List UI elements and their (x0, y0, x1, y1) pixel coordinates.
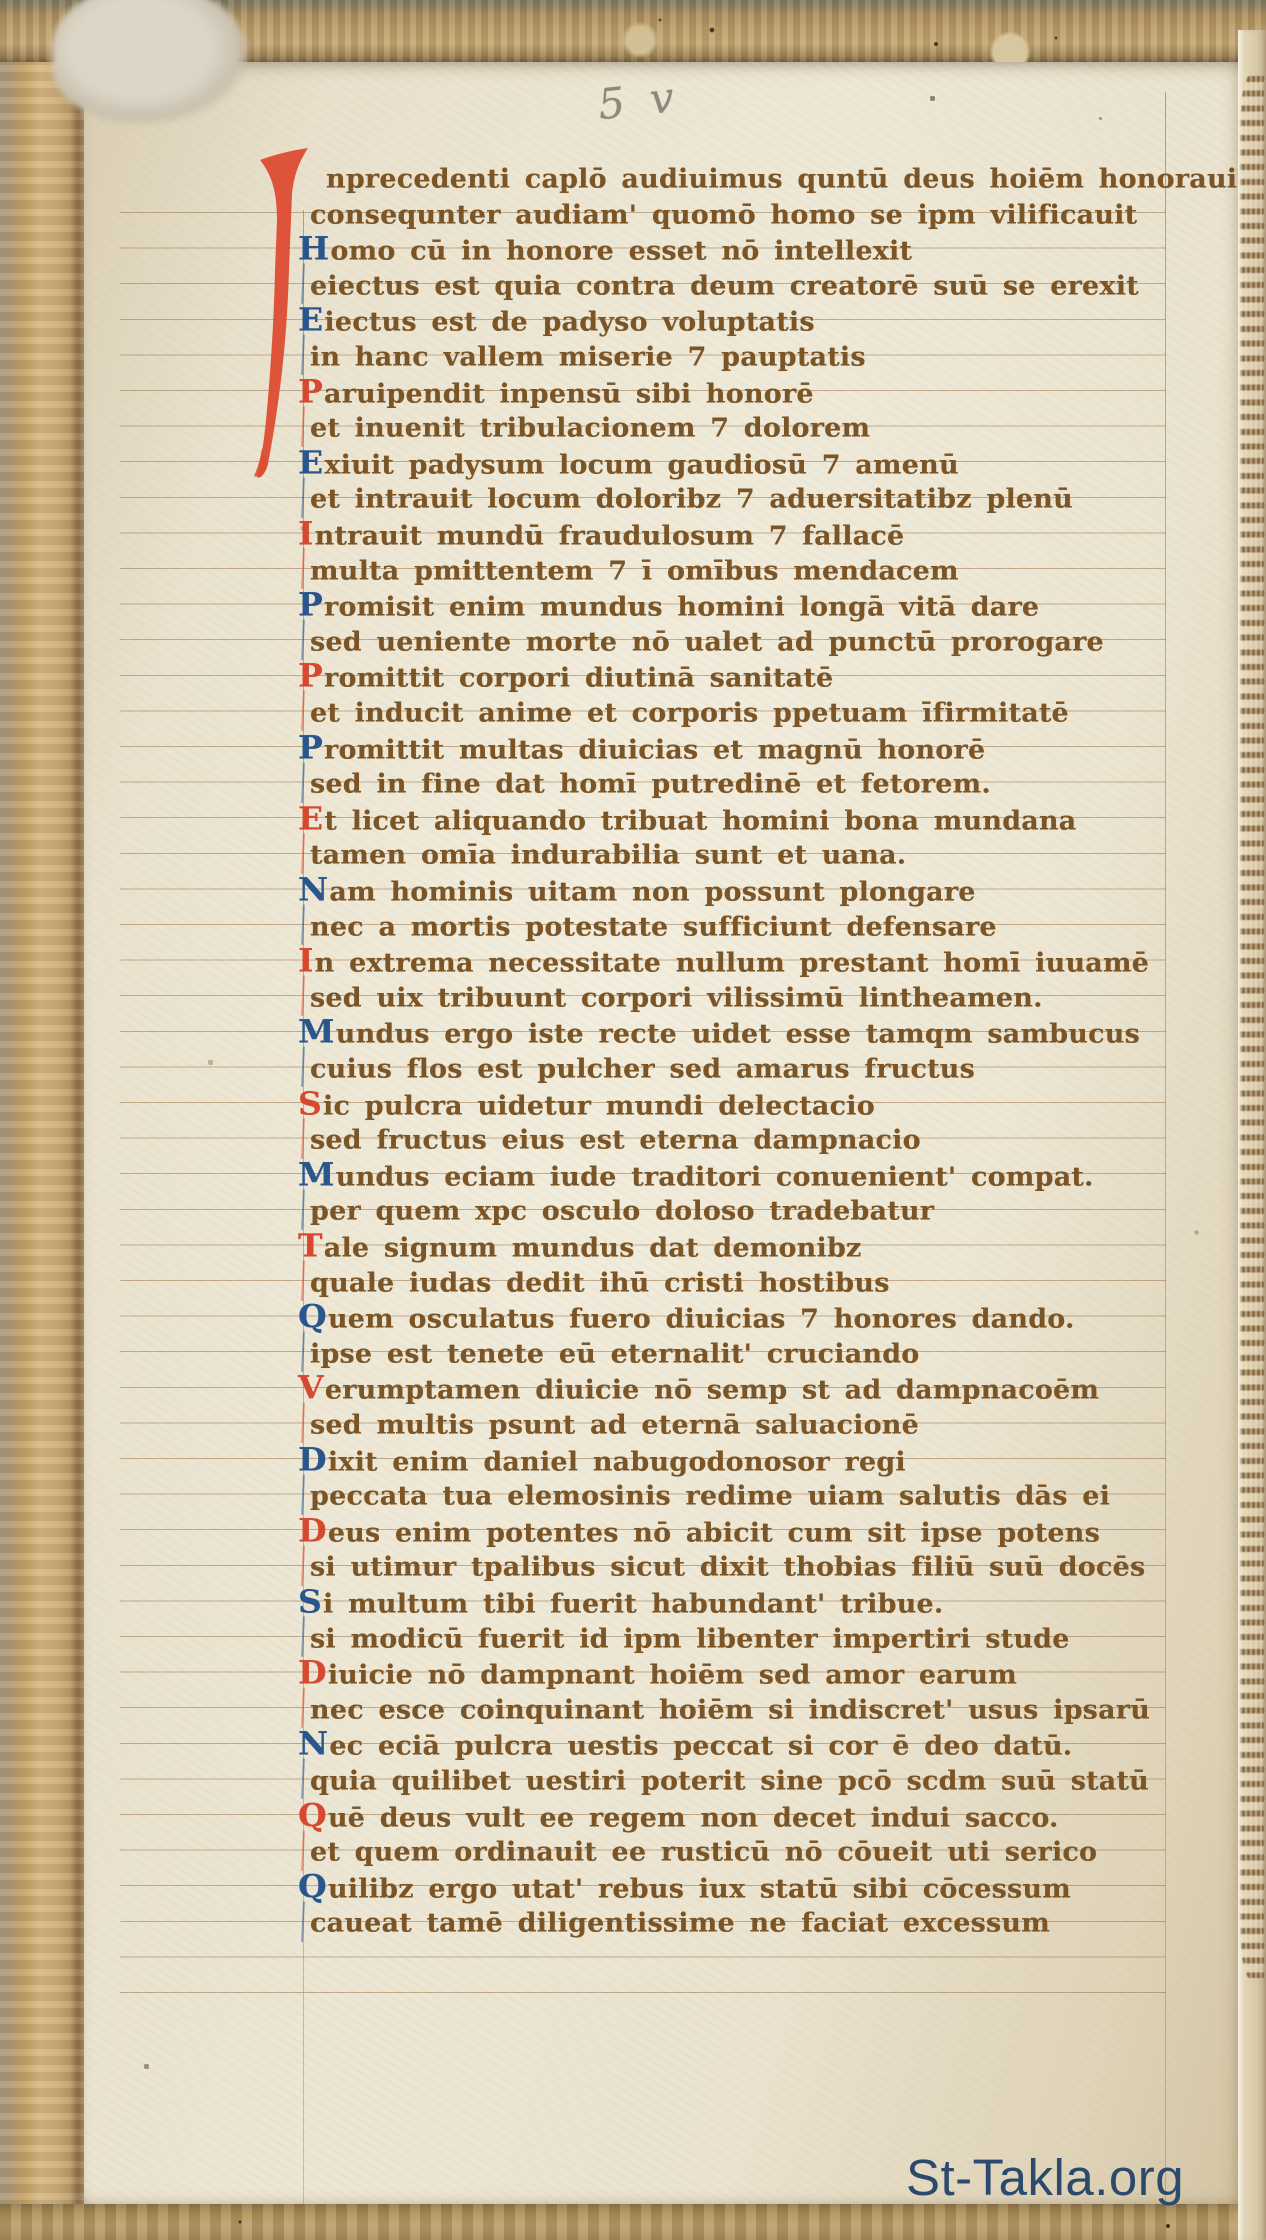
manuscript-line: Deus enim potentes nō abicit cum sit ips… (310, 1517, 1210, 1552)
versal-initial: H (298, 235, 329, 264)
manuscript-line: Nam hominis uitam non possunt plongare (310, 876, 1210, 911)
manuscript-line: et inuenit tribulacionem 7 dolorem (310, 413, 1210, 448)
manuscript-line: eiectus est quia contra deum creatorē su… (310, 271, 1210, 306)
manuscript-line-text: quia quilibet uestiri poterit sine pcō s… (310, 1767, 1149, 1797)
manuscript-line: Homo cū in honore esset nō intellexit (310, 235, 1210, 270)
versal-initial: P (298, 733, 323, 762)
manuscript-line-text: peccata tua elemosinis redime uiam salut… (310, 1482, 1110, 1512)
manuscript-line: Promisit enim mundus homini longā vitā d… (310, 591, 1210, 626)
manuscript-line-text: undus ergo iste recte uidet esse tamqm s… (336, 1020, 1140, 1050)
manuscript-text-block: nprecedenti caplō audiuimus quntū deus h… (82, 60, 1240, 2208)
facing-page-text-edge (1240, 76, 1264, 1978)
manuscript-line-text: cuius flos est pulcher sed amarus fructu… (310, 1055, 975, 1085)
manuscript-line-text: iectus est de padyso voluptatis (324, 308, 814, 338)
manuscript-line: Paruipendit inpensū sibi honorē (310, 377, 1210, 412)
manuscript-line-text: t licet aliquando tribuat homini bona mu… (324, 806, 1076, 836)
manuscript-line-text: ixit enim daniel nabugodonosor regi (328, 1447, 906, 1477)
versal-initial: Q (298, 1303, 327, 1332)
manuscript-line-text: romisit enim mundus homini longā vitā da… (324, 593, 1039, 623)
manuscript-line-text: uem osculatus fuero diuicias 7 honores d… (328, 1305, 1075, 1335)
manuscript-line-text: romittit multas diuicias et magnū honorē (324, 735, 985, 765)
manuscript-line: Et licet aliquando tribuat homini bona m… (310, 805, 1210, 840)
manuscript-line-text: sed uix tribuunt corpori vilissimū linth… (310, 983, 1043, 1013)
versal-initial: E (298, 449, 323, 478)
manuscript-line-text: erumptamen diuicie nō semp st ad dampnac… (325, 1376, 1099, 1406)
manuscript-line: et inducit anime et corporis ppetuam īfi… (310, 698, 1210, 733)
manuscript-line: Tale signum mundus dat demonibz (310, 1232, 1210, 1267)
manuscript-line-text: aruipendit inpensū sibi honorē (324, 379, 814, 409)
manuscript-line-text: tamen omīa indurabilia sunt et uana. (310, 841, 906, 871)
manuscript-line: sed multis psunt ad eternā saluacionē (310, 1410, 1210, 1445)
parchment-page: nprecedenti caplō audiuimus quntū deus h… (82, 60, 1240, 2208)
manuscript-line: in hanc vallem miserie 7 pauptatis (310, 342, 1210, 377)
folio-number: 5 v (596, 72, 682, 129)
manuscript-line: consequnter audiam' quomō homo se ipm vi… (310, 199, 1210, 234)
facing-page-edge (1238, 30, 1266, 2240)
manuscript-line: Quilibz ergo utat' rebus iux statū sibi … (310, 1873, 1210, 1908)
manuscript-line-text: romittit corpori diutinā sanitatē (324, 664, 833, 694)
versal-initial: N (298, 1730, 328, 1759)
versal-initial: Q (298, 1873, 327, 1902)
versal-initial: Q (298, 1801, 327, 1830)
manuscript-line-text: eus enim potentes nō abicit cum sit ipse… (328, 1518, 1100, 1548)
manuscript-line-text: et inuenit tribulacionem 7 dolorem (310, 414, 870, 444)
manuscript-line: sed ueniente morte nō ualet ad punctū pr… (310, 627, 1210, 662)
manuscript-line-text: uē deus vult ee regem non decet indui sa… (328, 1803, 1059, 1833)
manuscript-line: Eiectus est de padyso voluptatis (310, 306, 1210, 341)
manuscript-line-text: ale signum mundus dat demonibz (324, 1234, 862, 1264)
manuscript-line-text: multa pmittentem 7 ī omībus mendacem (310, 556, 959, 586)
manuscript-line: tamen omīa indurabilia sunt et uana. (310, 840, 1210, 875)
manuscript-line-text: et quem ordinauit ee rusticū nō cōueit u… (310, 1838, 1097, 1868)
versal-initial: E (298, 306, 323, 335)
versal-initial: D (298, 1445, 327, 1474)
manuscript-line-text: sed ueniente morte nō ualet ad punctū pr… (310, 627, 1104, 657)
manuscript-line-text: eiectus est quia contra deum creatorē su… (310, 271, 1139, 301)
manuscript-line: Nec eciā pulcra uestis peccat si cor ē d… (310, 1730, 1210, 1765)
manuscript-line-text: n extrema necessitate nullum prestant ho… (315, 949, 1150, 979)
manuscript-line-text: sed fructus eius est eterna dampnacio (310, 1126, 921, 1156)
manuscript-line-text: undus eciam iude traditori conuenient' c… (336, 1162, 1094, 1192)
watermark: St-Takla.org (906, 2148, 1184, 2207)
manuscript-line: multa pmittentem 7 ī omībus mendacem (310, 555, 1210, 590)
manuscript-line-text: sed multis psunt ad eternā saluacionē (310, 1411, 919, 1441)
manuscript-line: et intrauit locum doloribz 7 aduersitati… (310, 484, 1210, 519)
manuscript-line: Mundus eciam iude traditori conuenient' … (310, 1161, 1210, 1196)
versal-initial: P (298, 591, 323, 620)
manuscript-line: nec a mortis potestate sufficiunt defens… (310, 911, 1210, 946)
manuscript-line-text: iuicie nō dampnant hoiēm sed amor earum (328, 1661, 1017, 1691)
manuscript-line-text: in hanc vallem miserie 7 pauptatis (310, 343, 866, 373)
ink-specks (0, 0, 1, 1)
versal-initial: M (298, 1018, 335, 1047)
manuscript-line-text: quale iudas dedit ihū cristi hostibus (310, 1268, 890, 1298)
manuscript-line-text: ic pulcra uidetur mundi delectacio (323, 1091, 875, 1121)
manuscript-line: Promittit corpori diutinā sanitatē (310, 662, 1210, 697)
binding-edge-left (0, 40, 84, 2240)
manuscript-line-text: omo cū in honore esset nō intellexit (330, 237, 912, 267)
manuscript-line-text: nec a mortis potestate sufficiunt defens… (310, 912, 997, 942)
manuscript-line: si modicū fuerit id ipm libenter imperti… (310, 1623, 1210, 1658)
manuscript-line: Dixit enim daniel nabugodonosor regi (310, 1445, 1210, 1480)
manuscript-line: et quem ordinauit ee rusticū nō cōueit u… (310, 1837, 1210, 1872)
manuscript-line: Sic pulcra uidetur mundi delectacio (310, 1089, 1210, 1124)
manuscript-line: Mundus ergo iste recte uidet esse tamqm … (310, 1018, 1210, 1053)
manuscript-line: nprecedenti caplō audiuimus quntū deus h… (310, 164, 1226, 199)
manuscript-line: Promittit multas diuicias et magnū honor… (310, 733, 1210, 768)
manuscript-line-text: caueat tamē diligentissime ne faciat exc… (310, 1909, 1050, 1939)
manuscript-line: per quem xpc osculo doloso tradebatur (310, 1196, 1210, 1231)
manuscript-line-text: sed in fine dat homī putredinē et fetore… (310, 770, 991, 800)
versal-initial: S (298, 1588, 322, 1617)
versal-initial: S (298, 1089, 322, 1118)
manuscript-line: sed fructus eius est eterna dampnacio (310, 1125, 1210, 1160)
manuscript-line: quale iudas dedit ihū cristi hostibus (310, 1267, 1210, 1302)
manuscript-line: Si multum tibi fuerit habundant' tribue. (310, 1588, 1210, 1623)
manuscript-line-text: uilibz ergo utat' rebus iux statū sibi c… (328, 1874, 1071, 1904)
versal-initial: I (298, 947, 314, 976)
manuscript-line-text: per quem xpc osculo doloso tradebatur (310, 1197, 934, 1227)
manuscript-line: Intrauit mundū fraudulosum 7 fallacē (310, 520, 1210, 555)
manuscript-line: peccata tua elemosinis redime uiam salut… (310, 1481, 1210, 1516)
manuscript-line-text: ipse est tenete eū eternalit' cruciando (310, 1339, 920, 1369)
versal-initial: P (298, 377, 323, 406)
manuscript-line: Diuicie nō dampnant hoiēm sed amor earum (310, 1659, 1210, 1694)
manuscript-line-text: si modicū fuerit id ipm libenter imperti… (310, 1624, 1070, 1654)
manuscript-line: sed uix tribuunt corpori vilissimū linth… (310, 983, 1210, 1018)
versal-initial: D (298, 1659, 327, 1688)
manuscript-line-text: nprecedenti caplō audiuimus quntū deus h… (326, 165, 1250, 195)
manuscript-line: Quē deus vult ee regem non decet indui s… (310, 1801, 1210, 1836)
manuscript-line: Quem osculatus fuero diuicias 7 honores … (310, 1303, 1210, 1338)
manuscript-line: In extrema necessitate nullum prestant h… (310, 947, 1210, 982)
manuscript-line: si utimur tpalibus sicut dixit thobias f… (310, 1552, 1210, 1587)
versal-initial: D (298, 1517, 327, 1546)
manuscript-line-text: et inducit anime et corporis ppetuam īfi… (310, 699, 1069, 729)
versal-initial: P (298, 662, 323, 691)
manuscript-line: caueat tamē diligentissime ne faciat exc… (310, 1908, 1210, 1943)
book-bottom-edge (0, 2204, 1266, 2240)
manuscript-line: nec esce coinquinant hoiēm si indiscret'… (310, 1695, 1210, 1730)
manuscript-line-text: et intrauit locum doloribz 7 aduersitati… (310, 485, 1073, 515)
versal-initial: V (298, 1374, 324, 1403)
manuscript-line-text: consequnter audiam' quomō homo se ipm vi… (310, 200, 1137, 230)
manuscript-line: quia quilibet uestiri poterit sine pcō s… (310, 1766, 1210, 1801)
manuscript-line-text: i multum tibi fuerit habundant' tribue. (323, 1590, 943, 1620)
manuscript-line: Verumptamen diuicie nō semp st ad dampna… (310, 1374, 1210, 1409)
manuscript-line-text: ec eciā pulcra uestis peccat si cor ē de… (329, 1732, 1072, 1762)
versal-initial: N (298, 876, 328, 905)
manuscript-line-text: xiuit padysum locum gaudiosū 7 amenū (324, 450, 958, 480)
manuscript-line-text: nec esce coinquinant hoiēm si indiscret'… (310, 1695, 1150, 1725)
manuscript-line: cuius flos est pulcher sed amarus fructu… (310, 1054, 1210, 1089)
versal-initial: E (298, 805, 323, 834)
versal-initial: M (298, 1161, 335, 1190)
manuscript-line: sed in fine dat homī putredinē et fetore… (310, 769, 1210, 804)
manuscript-photo: { "page": { "folio_number": "5 v", "wate… (0, 0, 1266, 2240)
versal-initial: I (298, 520, 314, 549)
manuscript-line-text: si utimur tpalibus sicut dixit thobias f… (310, 1553, 1145, 1583)
manuscript-line-text: am hominis uitam non possunt plongare (329, 878, 975, 908)
manuscript-line: Exiuit padysum locum gaudiosū 7 amenū (310, 449, 1210, 484)
manuscript-line-text: ntrauit mundū fraudulosum 7 fallacē (315, 522, 905, 552)
versal-initial: T (298, 1232, 323, 1261)
manuscript-line: ipse est tenete eū eternalit' cruciando (310, 1339, 1210, 1374)
